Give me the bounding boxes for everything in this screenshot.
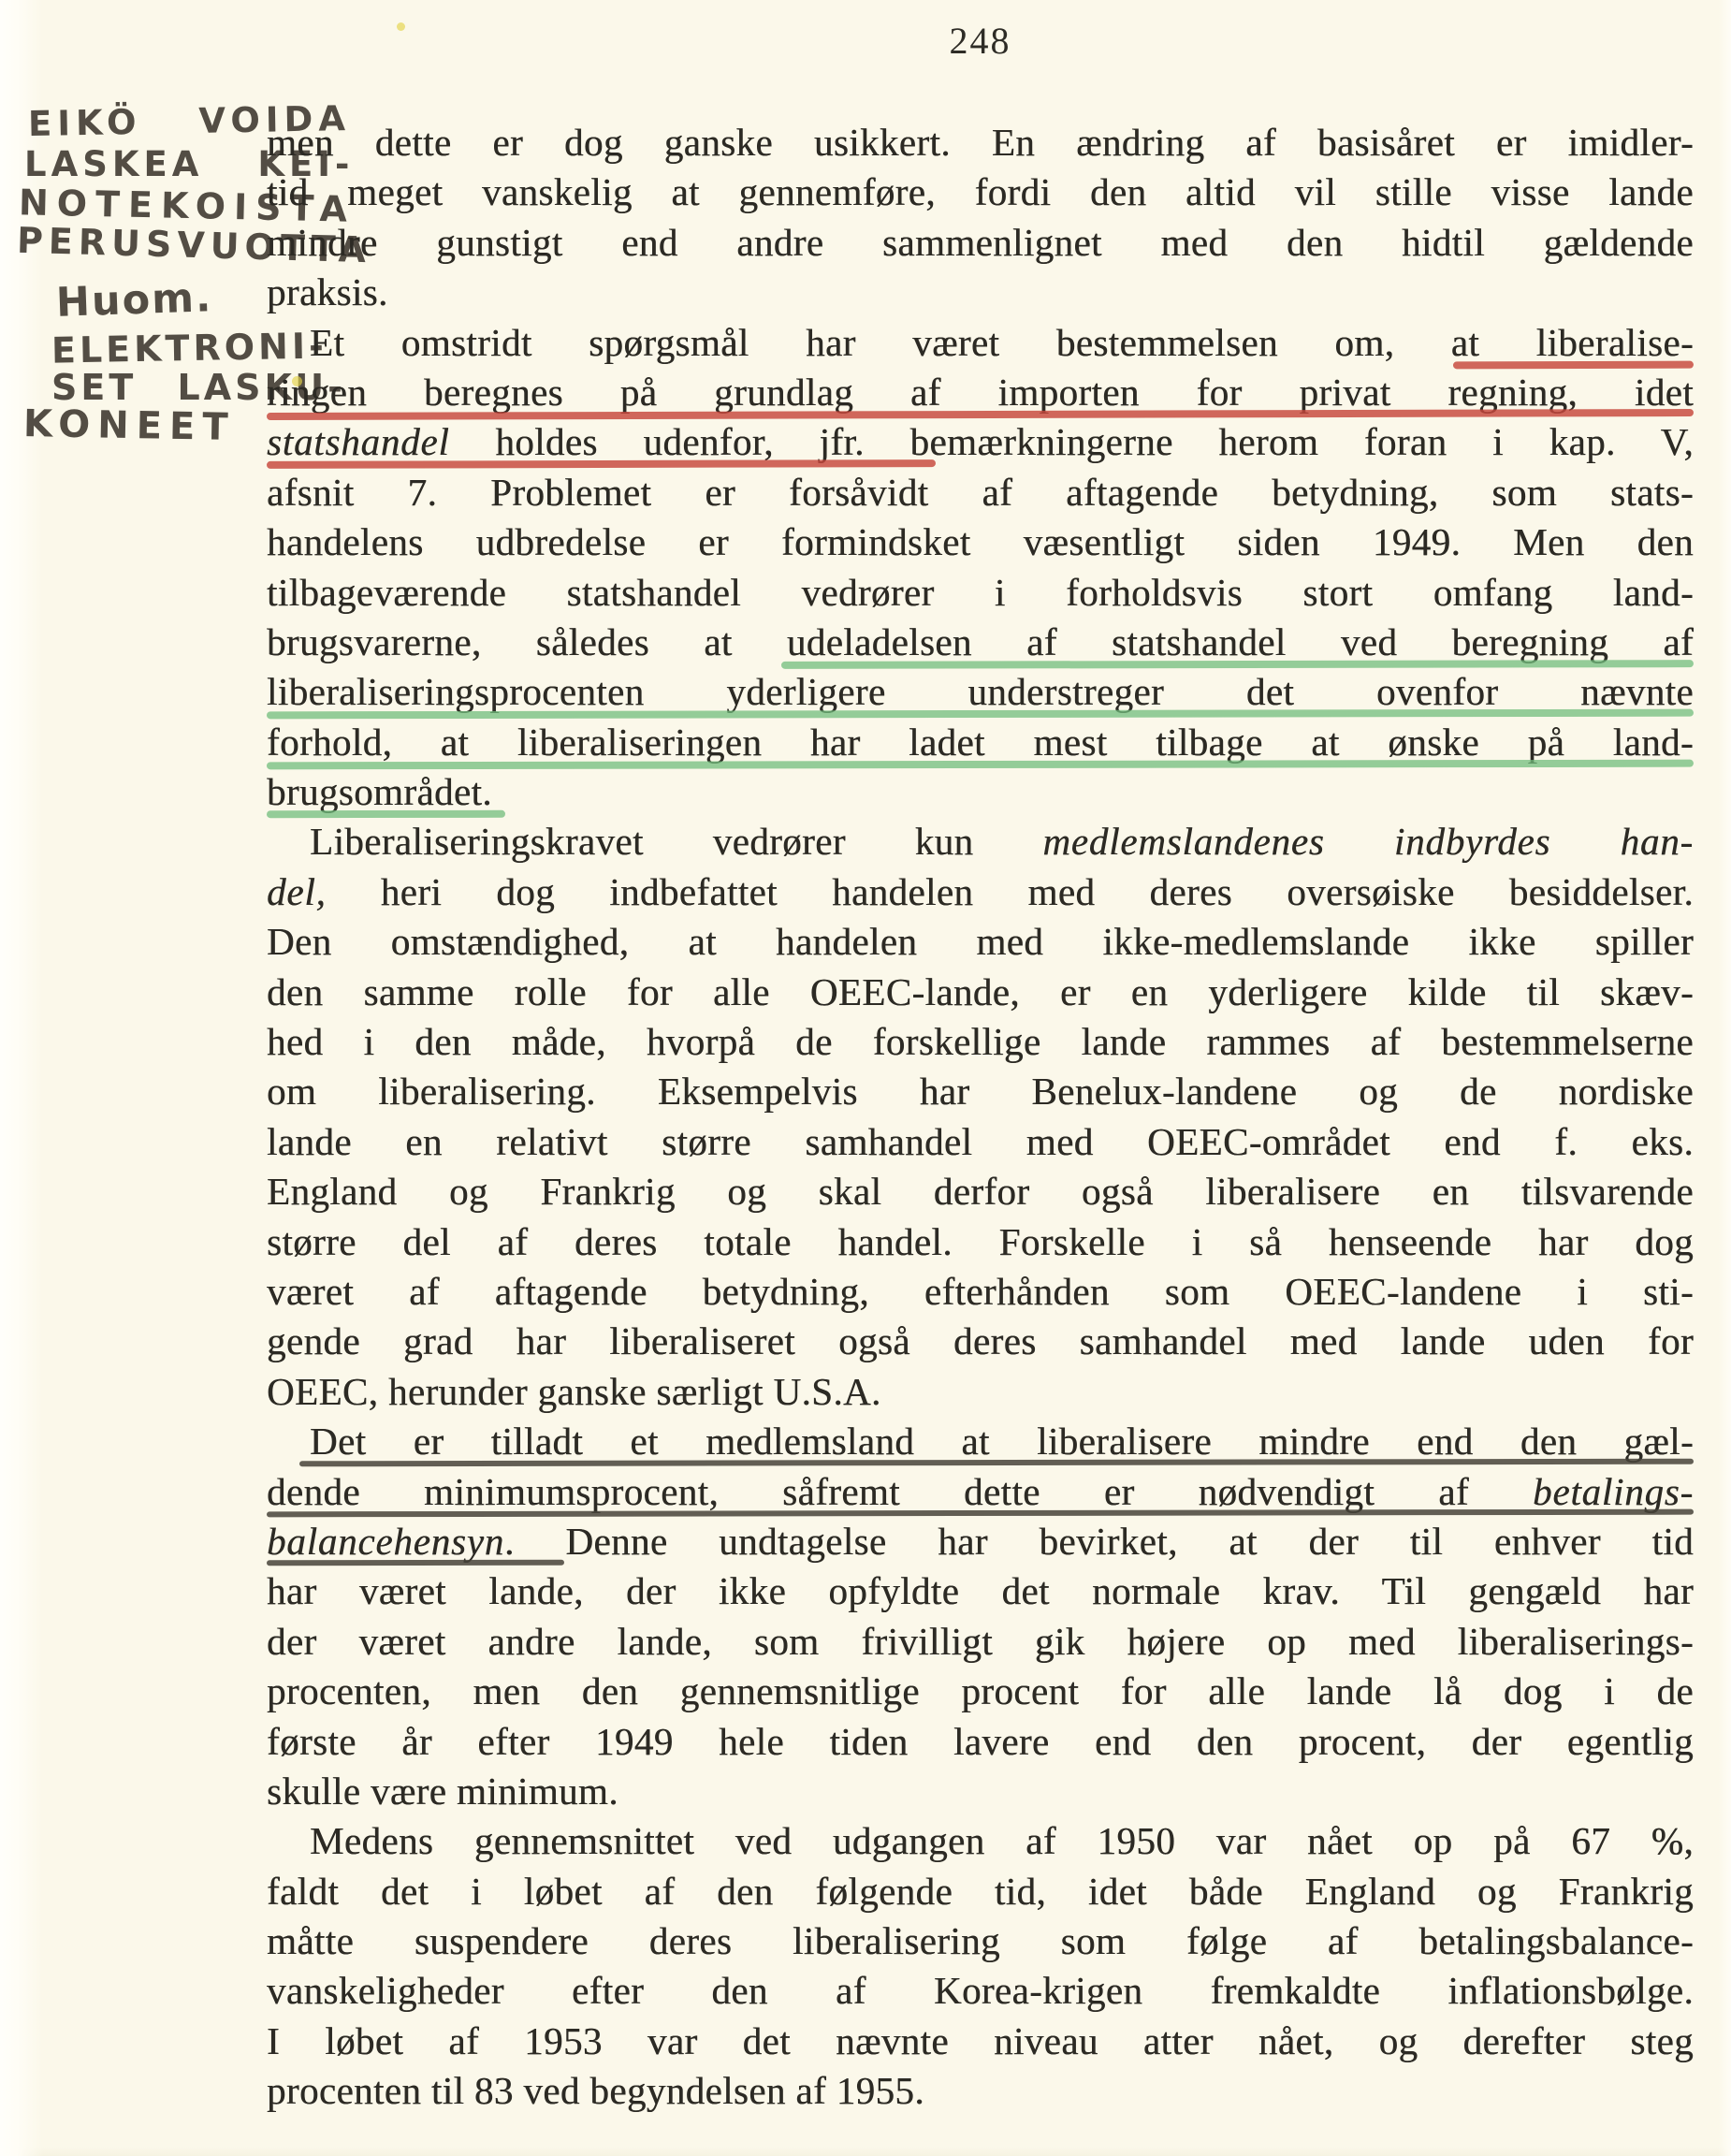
text-line: Medens gennemsnittet ved udgangen af 195… [267, 1816, 1694, 1866]
text-line: procenten, men den gennemsnitlige procen… [267, 1667, 1694, 1716]
text-line: Den omstændighed, at handelen med ikke-m… [267, 917, 1694, 967]
text-line: skulle være minimum. [267, 1767, 1694, 1816]
text-line: hed i den måde, hvorpå de forskellige la… [267, 1017, 1694, 1067]
paper-speck [397, 22, 405, 31]
underline-mark-red [1453, 360, 1694, 369]
text-line: måtte suspendere deres liberalisering so… [267, 1916, 1694, 1966]
text-line: været af aftagende betydning, efterhånde… [267, 1267, 1694, 1317]
text-line: har været lande, der ikke opfyldte det n… [267, 1566, 1694, 1616]
text-line: vanskeligheder efter den af Korea-krigen… [267, 1966, 1694, 2016]
text-line: men dette er dog ganske usikkert. En ænd… [267, 118, 1694, 168]
text-line: gende grad har liberaliseret også deres … [267, 1317, 1694, 1366]
text-line: England og Frankrig og skal derfor også … [267, 1167, 1694, 1216]
marginal-note-line: Huom. [55, 274, 213, 327]
text-line: handelens udbredelse er formindsket væse… [267, 517, 1694, 567]
paper-speck [292, 376, 302, 386]
text-line: Et omstridt spørgsmål har været bestemme… [267, 318, 1694, 368]
text-line: del, heri dog indbefattet handelen med d… [267, 867, 1694, 917]
text-line: praksis. [267, 268, 1694, 317]
text-line: afsnit 7. Problemet er forsåvidt af afta… [267, 468, 1694, 517]
text-line: om liberalisering. Eksempelvis har Benel… [267, 1067, 1694, 1116]
text-line: OEEC, herunder ganske særligt U.S.A. [267, 1367, 1694, 1417]
text-line: faldt det i løbet af den følgende tid, i… [267, 1867, 1694, 1916]
text-line: større del af deres totale handel. Forsk… [267, 1217, 1694, 1267]
text-line: I løbet af 1953 var det nævnte niveau at… [267, 2017, 1694, 2066]
text-line: Liberaliseringskravet vedrører kun medle… [267, 817, 1694, 867]
marginal-note-line: KONEET [23, 402, 236, 449]
text-line: tilbageværende statshandel vedrører i fo… [267, 568, 1694, 618]
body-text-block: men dette er dog ganske usikkert. En ænd… [267, 118, 1694, 2117]
text-line: den samme rolle for alle OEEC-lande, er … [267, 968, 1694, 1017]
text-line: lande en relativt større samhandel med O… [267, 1117, 1694, 1167]
text-line: første år efter 1949 hele tiden lavere e… [267, 1717, 1694, 1767]
underline-mark-green [267, 810, 505, 818]
text-line: mindre gunstigt end andre sammenlignet m… [267, 218, 1694, 268]
underline-mark-dark [267, 1560, 564, 1566]
text-line: der været andre lande, som frivilligt gi… [267, 1617, 1694, 1667]
text-line: tid meget vanskelig at gennemføre, fordi… [267, 168, 1694, 217]
text-line: procenten til 83 ved begyndelsen af 1955… [267, 2066, 1694, 2116]
underline-mark-green [781, 660, 1694, 669]
book-page-scan: 248 EIKÖ VOIDALASKEA KEI-NOTEKOISTAPERUS… [0, 0, 1731, 2156]
